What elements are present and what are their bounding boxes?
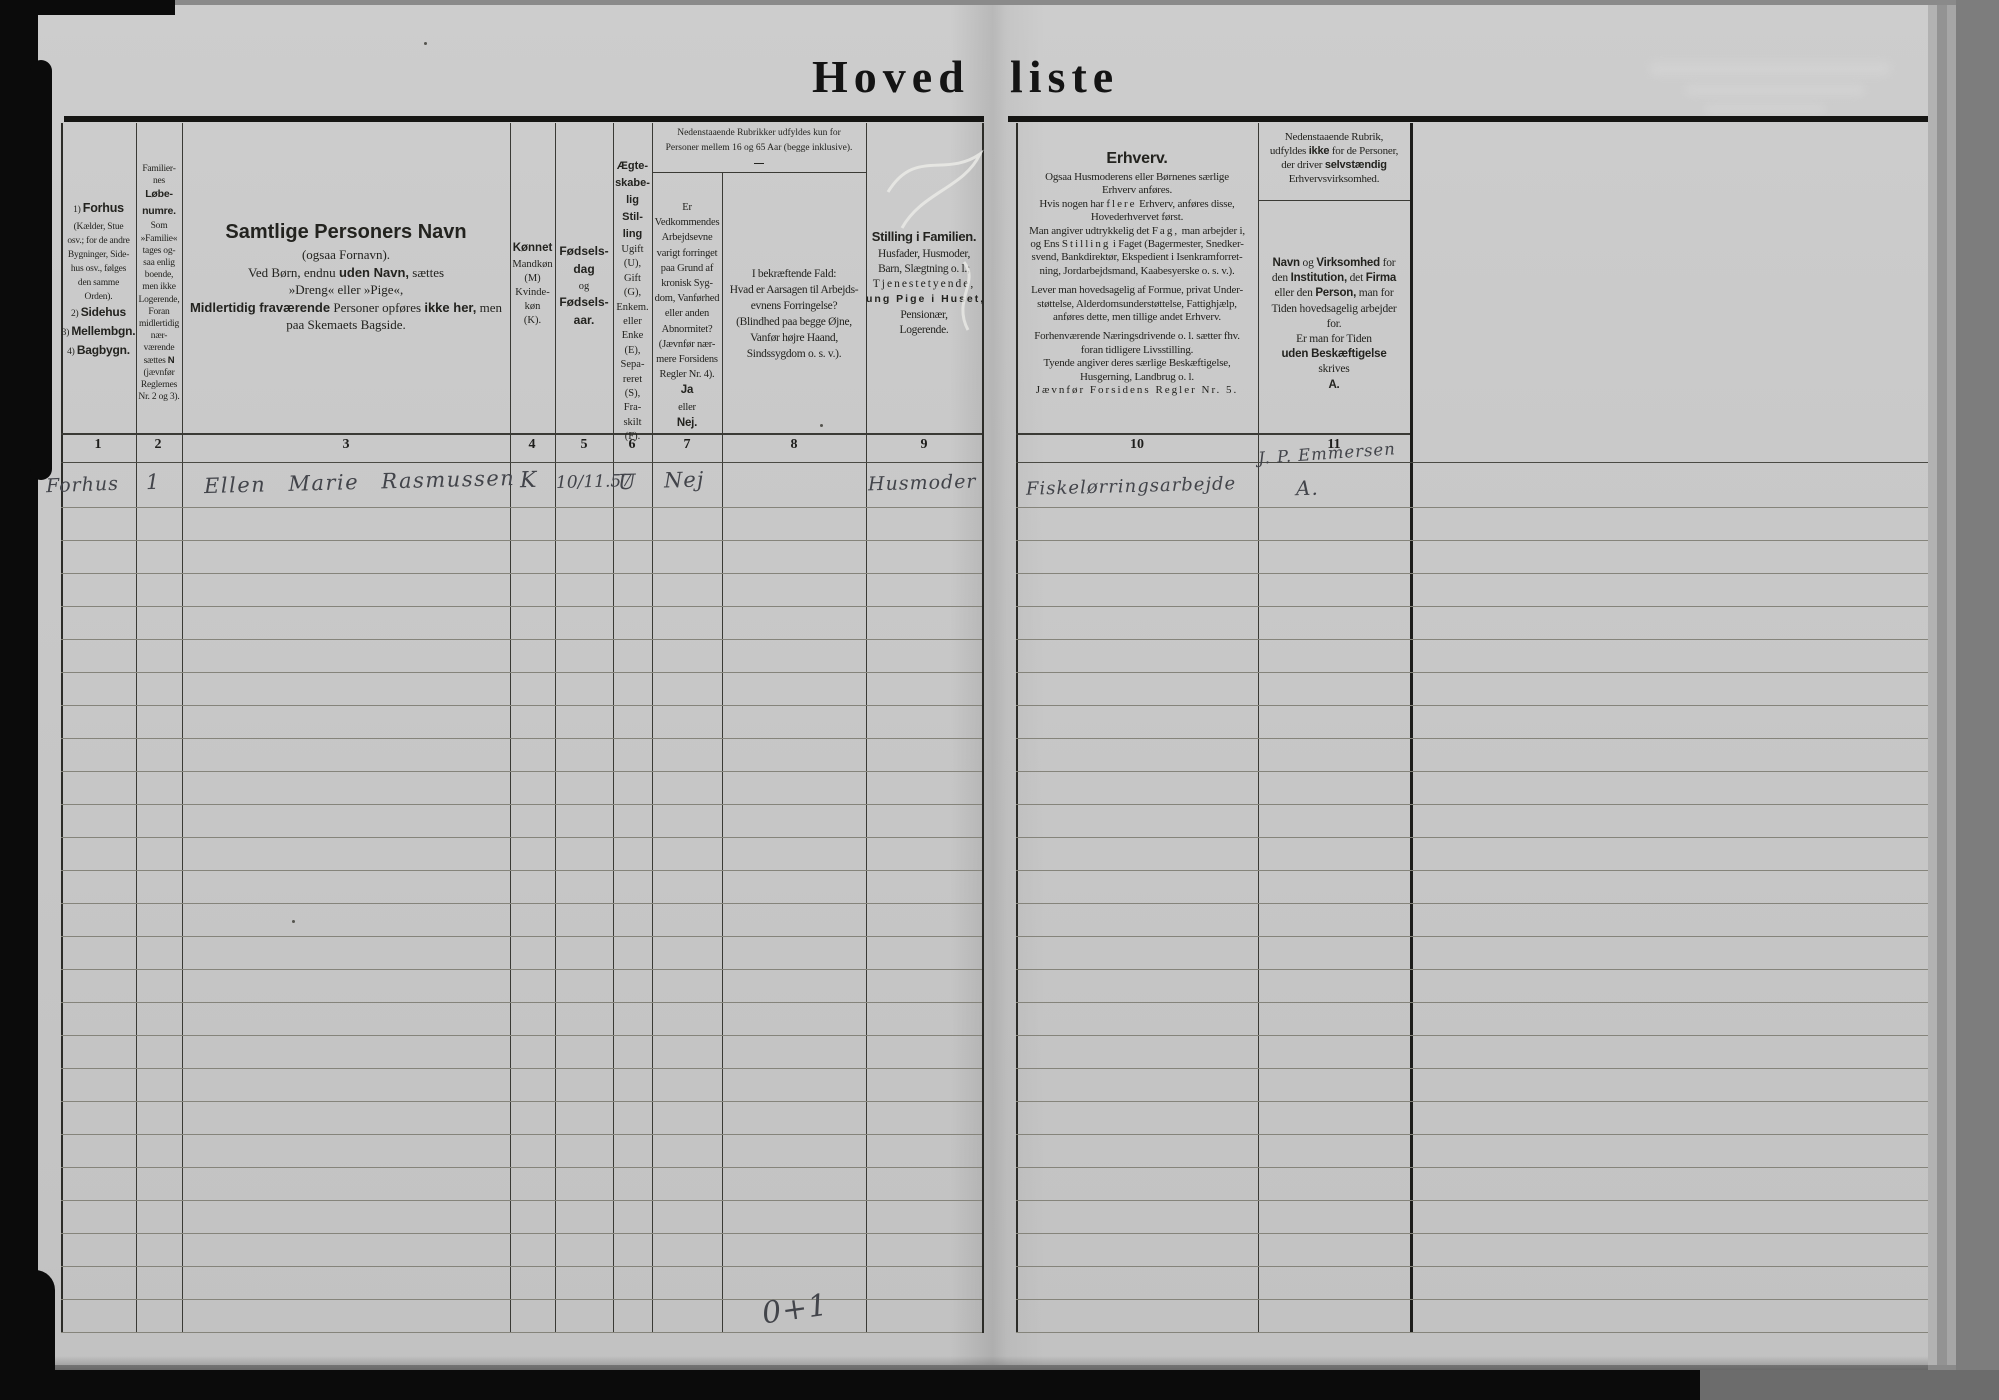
entry-family-number: 1 <box>146 470 161 494</box>
column-header-5-birthdate: Fødsels-dagogFødsels-aar. <box>555 243 613 330</box>
census-form-scan: Hoved liste 1) Forhus(Kælder, Stueosv.; … <box>0 0 1999 1400</box>
page-edge-band <box>1928 5 1937 1365</box>
page-title-left: Hoved <box>812 50 970 103</box>
column-header-11-note: Nedenstaaende Rubrik,udfyldes ikke for d… <box>1258 130 1410 186</box>
scan-edge-top-left <box>0 0 175 15</box>
entry-no-occupation-mark: A. <box>1296 476 1319 501</box>
entry-marital-status: U <box>618 470 637 494</box>
column-header-3-name: Samtlige Personers Navn(ogsaa Fornavn).V… <box>182 220 510 334</box>
column-header-1-building: 1) Forhus(Kælder, Stueosv.; for de andre… <box>61 200 136 361</box>
page-edge-band <box>1937 5 1947 1365</box>
column-header-2-family-number: Familier-nesLøbe-numre.Som»Familie«tages… <box>136 163 182 403</box>
page-edge-band <box>1947 5 1956 1365</box>
scan-edge-bottom-right <box>1700 1370 1999 1400</box>
scan-edge-blob <box>30 60 52 480</box>
column-number-8: 8 <box>769 437 819 453</box>
header-bottom-line-left <box>61 433 982 435</box>
column-number-6: 6 <box>607 437 657 453</box>
ruled-rows-left <box>61 507 982 1334</box>
scan-edge-blob <box>0 1270 55 1400</box>
number-row-line-right <box>1016 462 1929 463</box>
column-header-10-occupation: Erhverv.Ogsaa Husmoderens eller Børnenes… <box>1016 148 1258 398</box>
column-header-6-marital-status: Ægte-skabe-ligStil-lingUgift(U),Gift(G),… <box>613 158 652 445</box>
col11-divider-line <box>1258 200 1410 201</box>
column-header-4-sex: KønnetMandkøn(M)Kvinde-køn(K). <box>510 240 555 328</box>
column-header-span-7-8: Nedenstaaende Rubrikker udfyldes kun for… <box>652 126 866 172</box>
ruled-rows-right <box>1016 507 1929 1334</box>
ghost-stamp <box>1705 104 1825 114</box>
scan-speck <box>424 42 427 45</box>
column-header-11-employer: Navn og Virksomhed forden Institution, d… <box>1258 256 1410 393</box>
page-title-right: liste <box>1010 50 1119 103</box>
top-rule-left <box>64 116 984 122</box>
column-number-3: 3 <box>321 437 371 453</box>
column-number-4: 4 <box>507 437 557 453</box>
scan-speck <box>292 920 295 923</box>
entry-family-position: Husmoder <box>868 471 977 496</box>
column-number-1: 1 <box>73 437 123 453</box>
column-number-10: 10 <box>1112 437 1162 453</box>
entry-work-ability: Nej <box>664 467 705 492</box>
scan-speck <box>820 424 823 427</box>
page-bottom-shadow <box>0 1356 1928 1370</box>
column-header-7-work-ability: ErVedkommendesArbejdsevnevarigt forringe… <box>652 200 722 433</box>
ghost-stamp <box>1650 62 1890 76</box>
scan-edge-bottom <box>0 1370 1700 1400</box>
top-rule-right <box>1008 116 1930 122</box>
column-number-5: 5 <box>559 437 609 453</box>
entry-building: Forhus <box>46 473 120 498</box>
header-bottom-line-right <box>1016 433 1410 435</box>
ghost-stamp <box>1685 84 1865 96</box>
entry-sex: K <box>520 468 538 493</box>
span-header-bottom-line <box>652 172 866 173</box>
scan-scratch <box>880 130 1010 340</box>
column-number-2: 2 <box>133 437 183 453</box>
column-header-8-impairment-cause: I bekræftende Fald:Hvad er Aarsagen til … <box>722 266 866 362</box>
number-row-line-left <box>61 462 982 463</box>
column-number-9: 9 <box>899 437 949 453</box>
scan-background-right <box>1956 0 1999 1400</box>
column-number-7: 7 <box>662 437 712 453</box>
